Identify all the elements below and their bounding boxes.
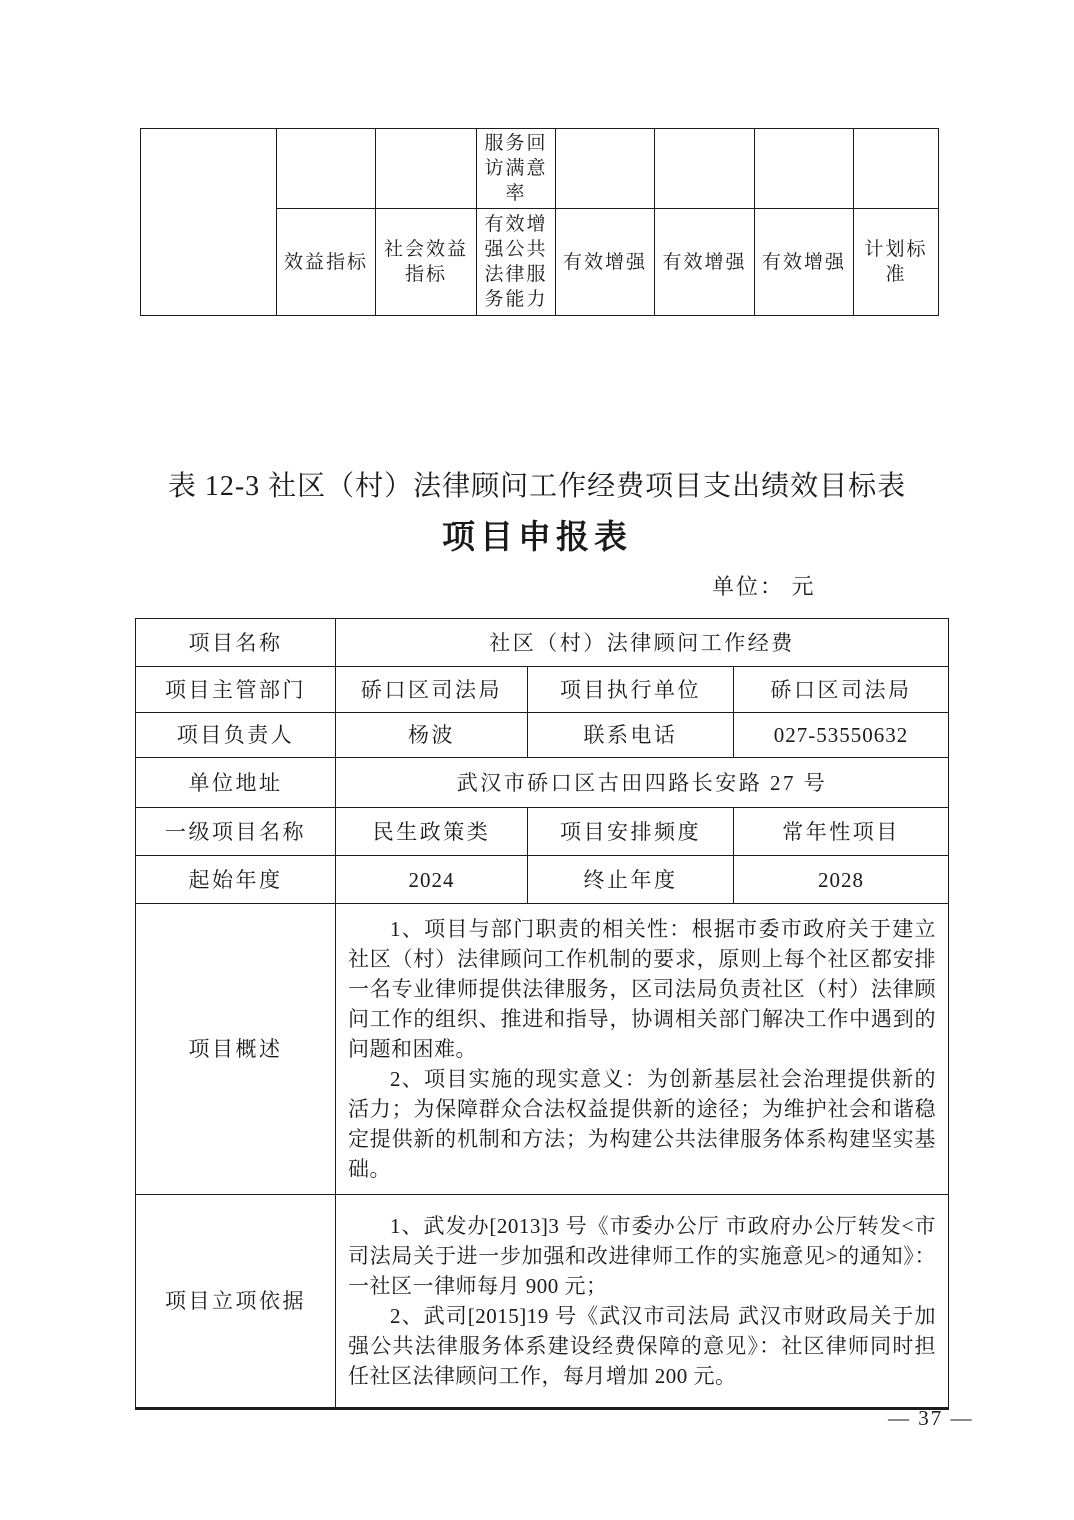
field-value-unit-address: 武汉市硚口区古田四路长安路 27 号 [336,758,949,808]
field-value-executing-unit: 硚口区司法局 [734,667,949,713]
field-value-project-leader: 杨波 [336,713,528,758]
benefit-target-cell: 有效增强 [655,209,755,316]
benefit-metric-cell: 服务回访满意率 [477,129,556,209]
field-value-level1-project-name: 民生政策类 [336,808,528,856]
overview-paragraph-1: 1、项目与部门职责的相关性：根据市委市政府关于建立社区（村）法律顾问工作机制的要… [348,914,936,1064]
field-label-project-leader: 项目负责人 [136,713,336,758]
benefit-metric-cell: 有效增强公共法律服务能力 [477,209,556,316]
field-value-start-year: 2024 [336,856,528,904]
field-label-level1-project-name: 一级项目名称 [136,808,336,856]
empty-cell [556,129,655,209]
basis-paragraph-1: 1、武发办[2013]3 号《市委办公厅 市政府办公厅转发<市司法局关于进一步加… [348,1211,936,1301]
basis-paragraph-2: 2、武司[2015]19 号《武汉市司法局 武汉市财政局关于加强公共法律服务体系… [348,1301,936,1391]
benefit-subcategory-cell: 社会效益指标 [376,209,477,316]
benefit-standard-cell: 计划标准 [854,209,939,316]
field-value-arrangement-frequency: 常年性项目 [734,808,949,856]
field-value-project-overview: 1、项目与部门职责的相关性：根据市委市政府关于建立社区（村）法律顾问工作机制的要… [336,904,949,1195]
field-label-arrangement-frequency: 项目安排频度 [528,808,734,856]
field-value-supervising-dept: 硚口区司法局 [336,667,528,713]
table-caption: 表 12-3 社区（村）法律顾问工作经费项目支出绩效目标表 [0,464,1074,504]
field-value-end-year: 2028 [734,856,949,904]
form-title: 项目申报表 [0,511,1074,558]
field-value-project-name: 社区（村）法律顾问工作经费 [336,619,949,667]
field-label-project-overview: 项目概述 [136,904,336,1195]
empty-cell [376,129,477,209]
field-label-contact-phone: 联系电话 [528,713,734,758]
field-label-project-name: 项目名称 [136,619,336,667]
benefit-target-cell: 有效增强 [556,209,655,316]
field-label-unit-address: 单位地址 [136,758,336,808]
field-label-executing-unit: 项目执行单位 [528,667,734,713]
field-label-end-year: 终止年度 [528,856,734,904]
field-value-contact-phone: 027-53550632 [734,713,949,758]
empty-cell [655,129,755,209]
project-application-table: 项目名称 社区（村）法律顾问工作经费 项目主管部门 硚口区司法局 项目执行单位 … [135,618,949,1410]
page-number: — 37 — [888,1406,974,1431]
benefit-target-cell: 有效增强 [755,209,854,316]
empty-cell [854,129,939,209]
overview-paragraph-2: 2、项目实施的现实意义：为创新基层社会治理提供新的活力；为保障群众合法权益提供新… [348,1064,936,1184]
field-label-start-year: 起始年度 [136,856,336,904]
unit-label: 单位： 元 [712,570,816,601]
empty-cell [277,129,376,209]
benefit-category-cell: 效益指标 [277,209,376,316]
document-page: 服务回访满意率 效益指标 社会效益指标 有效增强公共法律服务能力 有效增强 有效… [0,0,1074,1520]
empty-cell [141,129,277,316]
field-value-project-basis: 1、武发办[2013]3 号《市委办公厅 市政府办公厅转发<市司法局关于进一步加… [336,1195,949,1409]
field-label-project-basis: 项目立项依据 [136,1195,336,1409]
benefit-indicator-table: 服务回访满意率 效益指标 社会效益指标 有效增强公共法律服务能力 有效增强 有效… [140,128,939,316]
empty-cell [755,129,854,209]
field-label-supervising-dept: 项目主管部门 [136,667,336,713]
